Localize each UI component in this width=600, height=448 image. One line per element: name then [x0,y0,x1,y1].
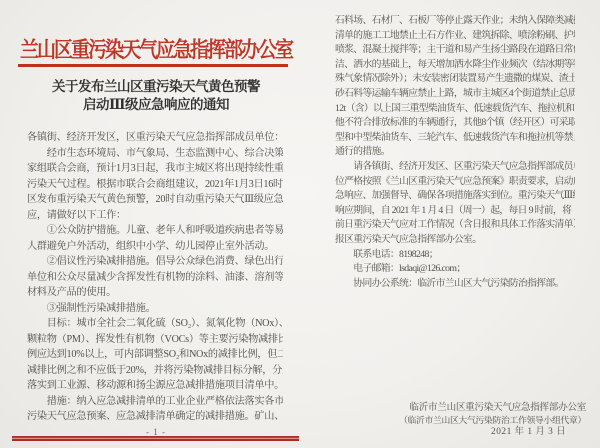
body-line: 目标：城市全社会二氧化硫（SO₂）、氮氧化物（NOx）、 [27,316,283,332]
body-line: 例应达到10%以上，可内部调整SO₂和NOx的减排比例，但二者 [27,347,283,363]
body-line: 落实到工业源、移动源和扬尘源应急减排措施项目清单中。 [27,378,283,394]
body-line: 措施：纳入应急减排清单的工业企业严格依法落实各市重 [27,394,283,410]
body-line: 家组联合会商，预计1月3日起，我市主城区将出现持续性重度 [27,161,283,177]
body-line: 喷浆、混凝土搅拌等；主干道和易产生扬尘路段在道路日常保 [335,43,575,58]
signature-block: 临沂市兰山区重污染天气应急指挥部办公室 （临沂市兰山区大气污染防治工作领导小组代… [326,402,586,439]
body-line: 应，请做好以下工作： [27,208,283,224]
body-line: 前日重污染天气应对工作情况（含日报和具体工作落实清单） [335,218,575,233]
body-line: 经市生态环境局、市气象局、生态监测中心、综合决策专 [27,146,283,162]
document-title: 关于发布兰山区重污染天气黄色预警 启动Ⅲ级应急响应的通知 [13,78,299,113]
body-line: 洁、洒水的基础上，每天增加洒水降尘作业频次（结冰期等特 [335,58,575,73]
body-line: 联系电话：8198248； [335,248,575,263]
body-line: 污染天气过程。根据市联合会商组建议，2021年1月3日16时我 [27,177,283,193]
body-line: 石料场、石材厂、石板厂等停止露天作业；未纳入保障类减排 [335,14,575,29]
body-line: 减排比例之和不应低于20%，并将污染物减排目标分解，分别 [27,363,283,379]
body-line: 殊气象情况除外）；未安装密闭装置易产生遗撒的煤炭、渣土、 [335,72,575,87]
document-title-line2: 启动Ⅲ级应急响应的通知 [13,96,299,114]
body-line: 材料及产品的使用。 [27,285,283,301]
body-line: 单位和公众尽量减少含挥发性有机物的涂料、油漆、溶剂等原 [27,270,283,286]
scanned-document: 兰山区重污染天气应急指挥部办公室 关于发布兰山区重污染天气黄色预警 启动Ⅲ级应急… [0,0,600,448]
body-line: 请各镇街、经济开发区、区重污染天气应急指挥部成员单 [335,160,575,175]
body-line: ③强制性污染减排措施。 [27,301,283,317]
issuer-header: 兰山区重污染天气应急指挥部办公室 [13,33,299,64]
body-line: 电子邮箱：lsdaqi@126.com； [335,262,575,277]
body-line: 他不符合排放标准的车辆通行，其他8个镇（经开区）可采取重 [335,116,575,131]
body-line: 颗粒物（PM）、挥发性有机物（VOCs）等主要污染物减排比 [27,332,283,348]
body-line: 型和中型柴油货车、三轮汽车、低速载货汽车和拖拉机等禁止 [335,131,575,146]
signature-date: 2021 年 1 月 3 日 [326,426,586,439]
document-title-line1: 关于发布兰山区重污染天气黄色预警 [13,78,299,96]
right-page-body: 石料场、石材厂、石板厂等停止露天作业；未纳入保障类减排清单的施工工地禁止土石方作… [335,14,575,291]
body-line: 区发布重污染天气黄色预警，20时自动重污染天气Ⅲ级应急响 [27,192,283,208]
body-line: 急响应、加强督导、确保各项措施落实到位。重污染天气Ⅲ级 [335,189,575,204]
body-line: 通行的措施。 [335,145,575,160]
body-line: 污染天气应急预案、应急减排清单确定的减排措施。矿山、砂 [27,409,283,425]
signature-seal-note: （临沂市兰山区大气污染防治工作领导小组代章） [326,414,586,426]
bottom-red-rule [12,436,299,441]
body-line: ①公众防护措施。儿童、老年人和呼吸道疾病患者等易感 [27,223,283,239]
header-red-rule [18,64,288,67]
body-line: 清单的施工工地禁止土石方作业、建筑拆除、喷涂粉刷、护坡 [335,29,575,44]
body-line: 协同办公系统：临沂市兰山区大气污染防治指挥部。 [335,277,575,292]
body-line: ②倡议性污染减排措施。倡导公众绿色消费、绿色出行， [27,254,283,270]
body-line: 砂石料等运输车辆应禁止上路，城市主城区4个街道禁止总质量 [335,87,575,102]
body-line: 响应期间，自 2021 年 1 月 4 日（周一）起，每日 9 时前，将 [335,204,575,219]
body-line: 报区重污染天气应急指挥部办公室。 [335,233,575,248]
body-line: 位严格按照《兰山区重污染天气应急预案》职责要求，启动应 [335,175,575,190]
body-line: 人群避免户外活动，组织中小学、幼儿园停止室外活动。 [27,239,283,255]
left-page-body: 各镇街、经济开发区，区重污染天气应急指挥部成员单位： 经市生态环境局、市气象局、… [27,130,283,425]
body-line: 12t（含）以上国三重型柴油货车、低速载货汽车、拖拉机和其 [335,102,575,117]
signature-office-name: 临沂市兰山区重污染天气应急指挥部办公室 [326,402,586,414]
body-line: 各镇街、经济开发区，区重污染天气应急指挥部成员单位： [27,130,283,146]
